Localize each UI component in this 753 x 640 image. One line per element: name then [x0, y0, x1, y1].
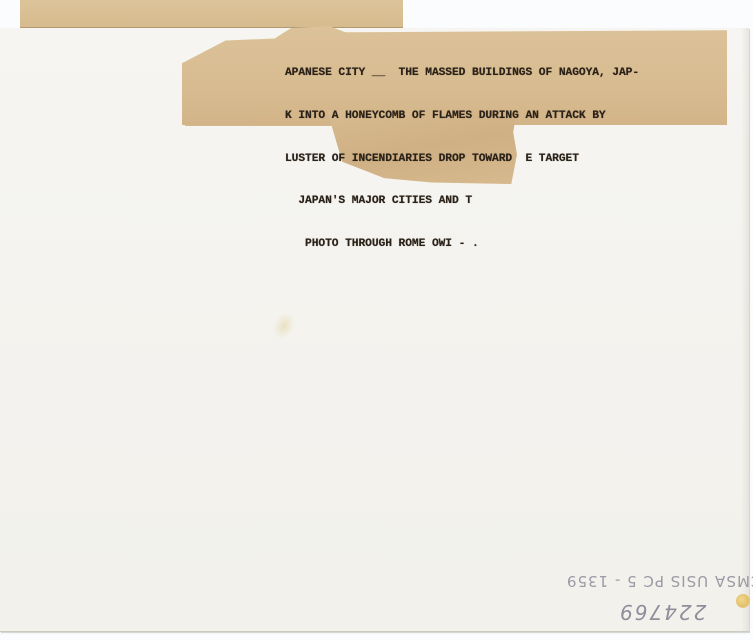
caption-line-1: APANESE CITY __ THE MASSED BUILDINGS OF … [285, 66, 639, 80]
caption-line-5: PHOTO THROUGH ROME OWI - . [285, 237, 639, 251]
caption-line-4: JAPAN'S MAJOR CITIES AND T [285, 194, 639, 208]
corner-stain [736, 594, 750, 608]
handwritten-reference: CMSA USIS PC 5 - 1359 [566, 572, 753, 590]
caption-line-3: LUSTER OF INCENDIARIES DROP TOWARD E TAR… [285, 152, 639, 166]
older-clipping-strip [20, 0, 403, 28]
scan-canvas: APANESE CITY __ THE MASSED BUILDINGS OF … [0, 0, 753, 640]
handwritten-number: 224769 [618, 600, 706, 624]
paper-edge-shadow [741, 28, 749, 631]
caption-line-2: K INTO A HONEYCOMB OF FLAMES DURING AN A… [285, 109, 639, 123]
typed-caption: APANESE CITY __ THE MASSED BUILDINGS OF … [285, 38, 639, 279]
